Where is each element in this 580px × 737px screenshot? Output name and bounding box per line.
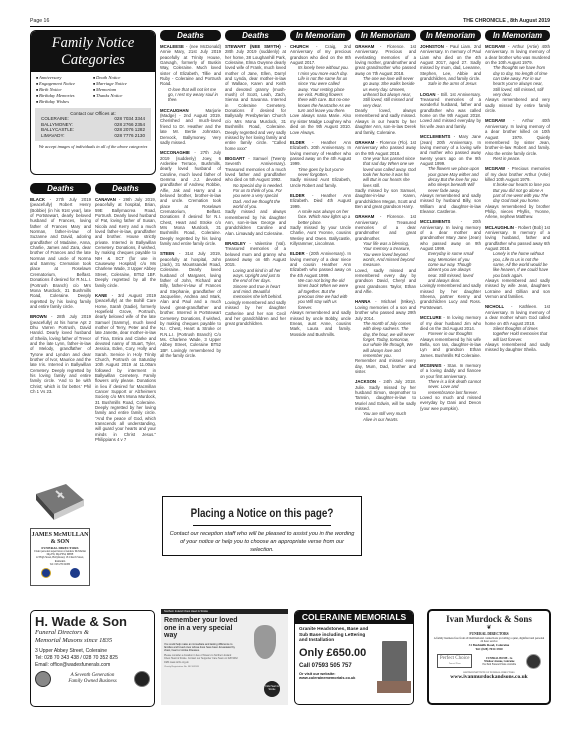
memoriam-column-8: In MemoriamMCGRAW - Arthur (Artie) 40th … (485, 30, 550, 358)
notice-signoff: Sadly missed by your Uncle Charlie, Aunt… (290, 225, 351, 246)
notice-verse: Safe in the arms of Jesus (420, 81, 481, 86)
notice-surname: BIGGART (225, 156, 245, 161)
notice-surname: BRADLEY (225, 241, 246, 246)
badge-icon: Kids Heart & Stroke (264, 681, 280, 697)
notice-verse: There is a link death cannot sever. Love… (420, 379, 481, 395)
memoriam-column-5: In MemoriamCHURCH - Craig, 2nd Anniversa… (290, 30, 351, 342)
notice-signoff: Always remembered by brother Philip, nie… (485, 204, 550, 220)
notice-text: - Mary Jane (Jean) 20th Anniversary. In … (420, 134, 481, 166)
section-heading: Deaths (30, 183, 91, 194)
notice-verse: Forever in our thoughts (420, 331, 481, 336)
crest-icon (35, 671, 51, 687)
notice-signoff: Lovingly remembered and sadly missed by … (420, 283, 481, 310)
notice-entry: NICHOLL - Kathleen. 1st Anniversary. In … (485, 304, 550, 352)
notice-surname: CANAVAN (95, 197, 116, 202)
notice-surname: ELDER (290, 140, 305, 145)
notice-verse: No Special day is needed. For us to thin… (225, 183, 286, 210)
category-item: Birthday Wishes (36, 99, 93, 105)
notice-signoff: Loved, sadly missed and remembered every… (355, 268, 416, 295)
section-heading: Deaths (225, 30, 286, 41)
notice-entry: GRAHAM - Florence. 1st Anniversary. Trea… (355, 214, 416, 294)
notice-verse: One year has passed since that sad day W… (355, 156, 416, 188)
notice-entry: ELDER - Heather Ann Elizabeth. Died 4th … (290, 193, 351, 246)
notice-entry: LOGAN - Bill. 1st Anniversary. Treasured… (420, 92, 481, 129)
notice-signoff: Always remembered by his wife Bella, son… (420, 337, 481, 358)
notice-surname: MCGRAW (485, 44, 505, 49)
notice-signoff: Always remembered and sadly missed by un… (290, 310, 351, 337)
section-heading: Deaths (160, 30, 221, 41)
contact-offices: Contact our Offices at: COLERAINE:028 70… (35, 108, 151, 141)
notice-surname: GRAHAM (355, 140, 374, 145)
notice-text: Marjorie (Madge) - 2nd August 2019. Cher… (160, 108, 221, 145)
notice-entry: MCGRAW - Arthur 40th Anniversary. In lov… (485, 118, 550, 161)
deaths-column-2: DeathsCANAVAN - 29th July 2019, peaceful… (95, 183, 156, 447)
images-note: We accept images of individuals in all o… (31, 141, 155, 153)
notice-entry: MCCLEMENTS - Mary Jane (Jean) 20th Anniv… (420, 134, 481, 214)
notice-surname: ELDER (290, 251, 305, 256)
notice-verse: Rest in peace. (485, 156, 550, 161)
notice-text: - Arthur 40th Anniversary. In loving mem… (485, 118, 550, 155)
notice-signoff: Always remembered and sadly missed by da… (485, 342, 550, 353)
notice-verse: The month of July comes with deep sadnes… (355, 321, 416, 358)
notice-signoff: Dearly loved, always remembered and sadl… (355, 108, 416, 135)
office-row: LIMAVADY:028 7776 2130 (41, 133, 145, 138)
wade-ad: H. Wade & Son Funeral Directors & Memori… (30, 610, 155, 707)
memoriam-column-7: In MemoriamJOHNSTON - Paul Liam. 2nd Ann… (420, 30, 481, 416)
notice-surname: MCCLURE (420, 315, 441, 320)
notice-text: - 27th July 2019 (peacefully) Robert Hen… (30, 197, 91, 309)
notice-verse: A smile was always on her face. Which no… (290, 209, 351, 225)
page-number: Page 16 (30, 18, 49, 24)
notice-surname: MCCLEMENTS (420, 219, 450, 224)
notice-surname: GRAHAM (355, 214, 374, 219)
categories-list: Anniversary Death Notice Engagement Noti… (31, 72, 155, 108)
notice-entry: MCGRAW - Precious memories of my dear br… (485, 166, 550, 219)
notice-signoff: Lovingly remembered and sadly missed by … (225, 300, 286, 327)
notice-entry: STEEN - 31st July 2019, peacefully at ho… (160, 251, 221, 358)
notice-verse: Lonely is the home without you, Life to … (485, 251, 550, 278)
notice-signoff: Sadly missed by son Samuel, daughter-in-… (355, 188, 416, 209)
page-header: Page 16 THE CHRONICLE , 8th August 2019 (30, 17, 550, 27)
notice-verse: It broke our hearts to lose you But you … (485, 182, 550, 203)
notice-verse: O love that will not let me go, I rest m… (160, 87, 221, 103)
notice-entry: MCALEESE - (nee McDonald) Annie Mary, 21… (160, 44, 221, 103)
deaths-column-4: DeathsSTEWART (NEE SMYTH) - 28th July 20… (225, 30, 286, 332)
notice-text: - 29th July 2019, peacefully at hospital… (95, 197, 156, 288)
notice-text: - Paul Liam. 2nd Anniversary. In memory … (420, 44, 481, 81)
crest-icon (41, 568, 51, 578)
notice-signoff: Loved so much and missed everyday by Dan… (420, 395, 481, 411)
section-heading: In Memoriam (355, 30, 416, 41)
section-heading: In Memoriam (290, 30, 351, 41)
notice-surname: MCGRAW (485, 118, 505, 123)
notice-entry: MCCLURE - In loving memory of my dear hu… (420, 315, 481, 358)
notice-entry: GRAHAM - Florence (Flo). 1st Anniversary… (355, 140, 416, 209)
nafd-logo-icon (70, 568, 80, 578)
notice-verse: Loving and kind in all her ways. Upright… (225, 268, 286, 300)
masthead: THE CHRONICLE , 8th August 2019 (463, 18, 550, 24)
notice-signoff: Always remembered and sadly missed by hu… (420, 193, 481, 214)
notice-surname: MCGINNIS (420, 363, 442, 368)
notice-signoff: Sadly missed and always remembered by hi… (225, 209, 286, 236)
notice-verse: The one we love will never go away. She … (355, 76, 416, 108)
notice-signoff: Always remembered and sadly missed by wi… (485, 278, 550, 299)
notice-entry: BROWN - 28th July 2019 (peacefully) at h… (30, 314, 91, 394)
notice-verse: You are still very much Alive in our hea… (355, 411, 416, 422)
category-item: Thanks Notice (93, 93, 150, 99)
deaths-column-1: DeathsBLACK - 27th July 2019 (peacefully… (30, 183, 91, 399)
notice-entry: CHURCH - Craig, 2nd Anniversary of my pr… (290, 44, 351, 135)
ornament-icon: ❦ (429, 625, 549, 632)
notice-verse: The thoughts we have from day to day, No… (485, 65, 550, 97)
notice-entry: BLACK - 27th July 2019 (peacefully) Robe… (30, 197, 91, 309)
notice-entry: JOHNSTON - Paul Liam. 2nd Anniversary. I… (420, 44, 481, 87)
notice-surname: STEEN (160, 251, 174, 256)
notice-text: - 27th July 2019 (suddenly) Joey, 6 Arde… (160, 150, 221, 246)
notice-entry: ELDER - Heather Ann Elizabeth. 20th Anni… (290, 140, 351, 188)
notice-signoff: Love always nana Marie. Also my sister M… (290, 113, 351, 134)
notice-entry: MCLAUGHLIN - Robert (Bob) 1st Anniversar… (485, 225, 550, 300)
notice-signoff: Remember and missed every day, Mum, Dad,… (355, 358, 416, 374)
notice-surname: GRAHAM (355, 44, 374, 49)
notice-text: - 20th Anniversary. In loving memory of … (420, 219, 481, 251)
notice-entry: MCGRAW - Arthur (Artie) 40th Anniversary… (485, 44, 550, 113)
notice-surname: HANNA (355, 299, 371, 304)
notice-entry: BIGGART - Samuel (Twenty Seventh Anniver… (225, 156, 286, 236)
notice-entry: KANE - 3rd August 2019 (peacefully) at t… (95, 293, 156, 443)
notice-surname: LOGAN (420, 92, 436, 97)
notice-text: - 28th July 2019 (suddenly) at her home,… (225, 44, 286, 151)
placing-notice-box: Placing a Notice on this page? Contact o… (162, 496, 362, 556)
deaths-column-3: DeathsMCALEESE - (nee McDonald) Annie Ma… (160, 30, 221, 363)
notice-verse: The flowers we place upon your grave May… (420, 166, 481, 193)
heart-icon (254, 625, 276, 659)
notice-surname: MCCONAGHIE (160, 150, 190, 155)
mcmullan-ad: JAMES McMULLAN & SON FUNERAL DIRECTORS U… (30, 528, 90, 586)
section-heading: In Memoriam (420, 30, 481, 41)
murdock-ad: Ivan Murdock & Sons ❦ FUNERAL DIRECTORS … (427, 609, 551, 705)
notice-entry: BRADLEY - Valentine (Val). Treasured mem… (225, 241, 286, 327)
notice-entry: HANNA - Michael (Mikey). Loving memories… (355, 299, 416, 374)
notice-surname: JACKSON (355, 379, 376, 384)
coleraine-memorials-ad: COLERAINE MEMORIALS Granite Headstones, … (294, 610, 414, 705)
notice-verse: Everyday in some small way, Memories of … (420, 251, 481, 283)
crest-icon (526, 654, 541, 669)
notice-entry: MCGINNIS - Stan. In memory of a loving d… (420, 363, 481, 411)
notice-verse: Silent thoughts of times together Hold m… (485, 326, 550, 342)
notice-surname: MCLAUGHLIN (485, 225, 514, 230)
categories-title: Family Notice Categories (31, 31, 155, 72)
notice-entry: MCCLEMENTS - 20th Anniversary. In loving… (420, 219, 481, 310)
categories-box: Family Notice Categories Anniversary Dea… (30, 30, 156, 175)
notice-surname: JOHNSTON (420, 44, 444, 49)
notice-verse: Time goes by but you're never forgotten. (290, 167, 351, 178)
notice-entry: STEWART (NEE SMYTH) - 28th July 2019 (su… (225, 44, 286, 151)
notice-surname: KANE (95, 293, 107, 298)
notice-surname: MCALEESE (160, 44, 184, 49)
notice-entry: CANAVAN - 29th July 2019, peacefully at … (95, 197, 156, 288)
section-heading: In Memoriam (485, 30, 550, 41)
notice-surname: MCGRAW (485, 166, 505, 171)
notice-entry: MCCAUGHAN Marjorie (Madge) - 2nd August … (160, 108, 221, 145)
section-heading: Deaths (95, 183, 156, 194)
notice-surname: MCCAUGHAN (160, 108, 189, 113)
memoriam-column-6: In MemoriamGRAHAM - Florence. 1st Annive… (355, 30, 416, 427)
notice-text: - 3rd August 2019 (peacefully) at the Bo… (95, 293, 156, 442)
notice-signoff: Sadly missed Aunt Elizabeth, Uncle Rober… (290, 177, 351, 188)
notice-verse: We can not bring the old times back When… (290, 278, 351, 310)
notice-verse: Your life was a blessing, Your memory a … (355, 241, 416, 268)
notice-entry: ELDER - (20th Anniversary). In loving me… (290, 251, 351, 337)
notice-text: - 31st July 2019, peacefully at hospital… (160, 251, 221, 358)
lion-crest-icon (134, 671, 150, 687)
heart-stroke-ad: Northern Ireland Chest Heart & Stroke Re… (161, 609, 288, 705)
notice-entry: MCCONAGHIE - 27th July 2019 (suddenly) J… (160, 150, 221, 246)
notice-surname: MCCLEMENTS (420, 134, 450, 139)
notice-signoff: Always remembered and very sadly missed … (485, 97, 550, 113)
notice-text: - 28th July 2019 (peacefully) at his hom… (30, 314, 91, 394)
notice-entry: JACKSON - 24th July 2018. Julie. Sadly m… (355, 379, 416, 422)
notice-surname: STEWART (NEE SMYTH) (225, 44, 281, 49)
notice-text: - (nee McDonald) Annie Mary, 21st July 2… (160, 44, 221, 86)
notice-entry: GRAHAM - Florence. 1st Anniversary. Prec… (355, 44, 416, 135)
notice-verse: Its lonely here without you. I miss you … (290, 65, 351, 113)
notice-surname: NICHOLL (485, 304, 504, 309)
bible-icon (32, 482, 87, 522)
notice-text: - Florence. 1st Anniversary. Precious an… (355, 44, 416, 76)
notice-surname: BROWN (30, 314, 47, 319)
notice-surname: BLACK (30, 197, 45, 202)
notice-text: - Bill. 1st Anniversary. Treasured memor… (420, 92, 481, 129)
notice-surname: ELDER (290, 193, 305, 198)
notice-text: - 24th July 2018. Julie. Sadly missed by… (355, 379, 416, 411)
notice-surname: CHURCH (290, 44, 309, 49)
